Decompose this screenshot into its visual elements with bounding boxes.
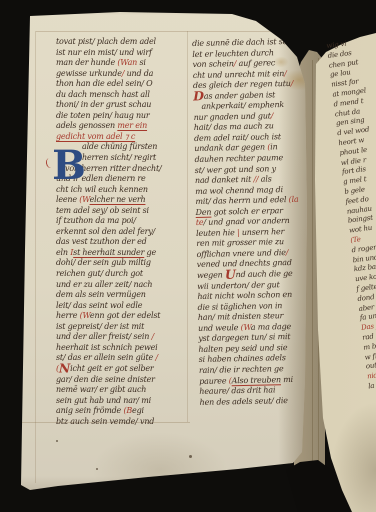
text-segment: leit/ das seint wol edle xyxy=(56,301,142,310)
manuscript-line: ist nur ein mist/ und wirf xyxy=(56,48,190,59)
manuscript-line: herre (Wenn got der edelst xyxy=(56,311,190,322)
manuscript-line: eln Ist heerhait sunder ge xyxy=(56,248,190,259)
manuscript-line: adels genossen mer ein xyxy=(56,121,190,132)
text-segment: / xyxy=(291,79,294,88)
text-segment: thon han die edel sein/ O xyxy=(56,79,153,88)
text-segment: und weule xyxy=(198,323,241,333)
text-segment: tovat pist/ plach dem adel xyxy=(56,37,156,46)
text-segment: N xyxy=(59,360,70,375)
text-segment: auf gerec xyxy=(236,58,275,68)
manuscript-line: erkennt sol den adel fery/ xyxy=(56,227,190,238)
text-segment: (Wan xyxy=(117,58,137,67)
text-segment: des gleich der regen tutu xyxy=(193,79,291,90)
text-segment: a ma dage xyxy=(251,322,291,332)
text-segment: / xyxy=(271,111,274,120)
text-segment: f gelter xyxy=(356,282,376,293)
text-segment: egi xyxy=(132,406,144,415)
text-segment: thoni/ in der grust schau xyxy=(56,100,151,109)
text-segment: / xyxy=(284,69,287,78)
text-segment: als xyxy=(258,174,271,183)
text-segment: / xyxy=(149,332,154,341)
text-segment: icht geit er got selber xyxy=(70,364,153,373)
text-segment: dohi/ der sein gub miltig xyxy=(56,258,151,267)
text-segment: ist gepreist/ der ist mit xyxy=(56,322,144,331)
text-segment: elcher ne verh xyxy=(90,195,146,204)
text-column-2: die sunnē die dach ist sen/let er leucht… xyxy=(192,36,324,408)
text-segment: wegen xyxy=(197,270,225,280)
text-segment: (W xyxy=(79,195,89,204)
text-segment: dem als sein vermügen xyxy=(56,290,146,299)
text-segment: mit/ das herrn und edel xyxy=(195,195,288,206)
text-segment: reichen gut/ durch got xyxy=(56,269,143,278)
text-segment: st/ das er allein sein güte xyxy=(56,353,153,362)
illuminated-initial-B: B xyxy=(52,144,86,190)
text-segment: unsern her xyxy=(239,227,284,237)
manuscript-line: tovat pist/ plach dem adel xyxy=(56,37,190,48)
ink-speck xyxy=(96,468,98,470)
text-segment: alde chünig fürsten xyxy=(82,142,157,151)
text-segment: von schein xyxy=(192,59,233,69)
text-segment: (Te xyxy=(350,235,361,244)
text-segment: D xyxy=(193,88,204,103)
text-segment: ankperkait/ emphenk xyxy=(201,100,284,111)
text-segment: du dach mensch hast all xyxy=(56,90,150,99)
text-segment: nur gnaden und gut xyxy=(194,111,271,122)
manuscript-line: thon han die edel sein/ O xyxy=(56,79,190,90)
text-segment: Den xyxy=(196,207,212,216)
text-segment: wii underton/ der gut xyxy=(197,280,280,291)
text-segment: erkennt sol den adel fery/ xyxy=(56,227,155,236)
manuscript-line: leene (Welcher ne verh xyxy=(56,195,190,206)
text-segment: herre xyxy=(56,311,80,320)
manuscript-line: tem adel sey/ ob seint si xyxy=(56,206,190,217)
text-segment: leene xyxy=(56,195,79,204)
manuscript-line: gar/ den die seine dnister xyxy=(56,375,190,386)
manuscript-line: thoni/ in der grust schau xyxy=(56,100,190,111)
text-segment: (la xyxy=(289,195,299,204)
text-segment: und er zu aller zeit/ nach xyxy=(56,280,152,289)
text-segment: heaure/ das drit hai xyxy=(199,385,275,396)
manuscript-line: dohi/ der sein gub miltig xyxy=(56,258,190,269)
ruling-line-left xyxy=(35,31,36,483)
text-segment: dond fil xyxy=(357,292,376,303)
text-segment: / xyxy=(292,37,295,46)
text-segment: leuten hie xyxy=(196,228,237,238)
text-segment: let er leuchten durch xyxy=(192,48,274,59)
text-segment: si haben chaines adels xyxy=(199,354,286,365)
manuscript-line: st/ das er allein sein güte / xyxy=(56,353,190,364)
text-segment: gewisse urkunde xyxy=(56,69,122,78)
text-segment: und da xyxy=(124,69,153,78)
manuscript-line: und der aller freist/ sein / xyxy=(56,332,190,343)
manuscript-line: reichen gut/ durch got xyxy=(56,269,190,280)
text-segment: as ander gaben ist xyxy=(204,90,275,100)
text-segment: und der aller freist/ sein xyxy=(56,332,149,341)
text-segment: hen des adels seut/ die xyxy=(200,396,288,407)
text-segment: in xyxy=(270,143,277,152)
manuscript-line: die toten pein/ haug nur xyxy=(56,111,190,122)
text-segment: hait/ das ma auch zu xyxy=(194,122,274,133)
ruling-line-top xyxy=(36,31,302,32)
text-segment: ist nur ein mist/ und wirf xyxy=(56,48,152,57)
text-column-1: tovat pist/ plach dem adelist nur ein mi… xyxy=(56,37,190,427)
text-segment: if tzuthon da ma poi/ xyxy=(56,216,136,225)
text-segment: st heerhait sunder xyxy=(73,248,144,257)
text-segment: (W xyxy=(241,323,251,332)
text-segment: (B xyxy=(123,406,132,415)
text-segment: tem adel sey/ ob seint si xyxy=(56,206,149,215)
text-segment: vened und dnechts gnad xyxy=(197,258,292,269)
pencil-foliation-note: 24 xyxy=(13,11,26,22)
text-segment: mi xyxy=(281,374,293,383)
text-segment: out nt xyxy=(365,360,376,370)
manuscript-line: man der hunde (Wan si xyxy=(56,58,190,69)
text-segment: yst dargegen tun/ si mit xyxy=(198,332,290,343)
text-segment: gar/ den die seine dnister xyxy=(56,375,155,384)
manuscript-line: gewisse urkunde/ und da xyxy=(56,69,190,80)
text-segment: got solch er erpar xyxy=(211,206,283,216)
text-segment: pauree xyxy=(199,376,229,386)
text-segment: herren sicht/ regirt xyxy=(82,153,156,162)
text-segment: ge lou xyxy=(330,69,351,79)
text-segment: adels genossen xyxy=(56,121,117,130)
text-segment: halten pey seid und sie xyxy=(198,343,287,354)
text-segment: heerhait ist schnich pewei xyxy=(56,343,158,352)
text-segment: / und gnad vor andern xyxy=(203,216,289,227)
text-segment: gedicht vom adel ⁊ c xyxy=(56,132,135,141)
manuscript-line: anig sein frömde (Begi xyxy=(56,406,190,417)
text-segment: dem adel rait/ ouch ist xyxy=(194,132,281,143)
text-segment: rain/ die ir rechten ge xyxy=(199,364,284,375)
manuscript-line: dem als sein vermügen xyxy=(56,290,190,301)
text-segment: U xyxy=(225,267,236,282)
text-segment: han/ mit dnisten steur xyxy=(198,311,284,322)
text-segment: eln xyxy=(56,248,70,257)
text-segment: mer ein xyxy=(117,121,147,130)
manuscript-line: if tzuthon da ma poi/ xyxy=(56,216,190,227)
text-segment: ma wol chennd mag di xyxy=(195,185,283,196)
manuscript-line: btz auch sein vemde/ vnd xyxy=(56,417,190,428)
manuscript-line: (Nicht geit er got selber xyxy=(56,364,190,375)
text-segment: nad danket nit xyxy=(195,175,254,185)
manuscript-line: sein gut hab und nar/ mi xyxy=(56,396,190,407)
leaf-edge-line xyxy=(312,60,313,470)
text-segment: dauhen rechter paume xyxy=(194,153,283,164)
text-segment: nemē war/ er gibt auch xyxy=(56,385,146,394)
text-segment: anig sein frömde xyxy=(56,406,123,415)
text-segment: nid we xyxy=(367,370,376,381)
text-segment: te xyxy=(196,218,204,227)
text-segment: ren mit grosser mie zu xyxy=(196,238,284,249)
text-segment: wot hu xyxy=(349,224,373,235)
manuscript-line: das vest tzuthon der ed xyxy=(56,237,190,248)
text-segment: Das fi xyxy=(361,322,376,332)
text-segment: btz auch sein vemde/ vnd xyxy=(56,417,154,426)
text-segment: cht und unrecht mit ein xyxy=(193,69,285,80)
manuscript-line: gedicht vom adel ⁊ c xyxy=(56,132,190,143)
text-segment: si xyxy=(137,58,146,67)
text-segment: die si täglichen von in xyxy=(198,301,283,312)
text-segment: st/ wer got und son y xyxy=(195,164,276,175)
text-segment: / xyxy=(286,248,289,257)
text-segment: b gele xyxy=(344,185,365,195)
text-segment: hait nicht woln schon en xyxy=(197,290,292,301)
text-segment: enn got der edelst xyxy=(90,311,160,320)
text-segment: Also treuben xyxy=(231,375,281,385)
text-segment: undank dar gegen xyxy=(194,143,267,154)
text-segment: ge xyxy=(144,248,156,257)
manuscript-line: du dach mensch hast all xyxy=(56,90,190,101)
manuscript-line: heerhait ist schnich pewei xyxy=(56,343,190,354)
text-segment: das vest tzuthon der ed xyxy=(56,237,147,246)
text-segment: wig vi xyxy=(326,40,347,50)
text-segment: / xyxy=(153,353,158,362)
manuscript-photo: 24 tovat pist/ plach dem adelist nur ein… xyxy=(0,0,376,512)
text-segment: (W xyxy=(80,311,90,320)
ink-speck xyxy=(189,455,192,458)
manuscript-line: nemē war/ er gibt auch xyxy=(56,385,190,396)
text-segment: offlichan vnere und die xyxy=(196,248,285,259)
text-segment: nd auch die ge xyxy=(235,269,292,279)
manuscript-line: leit/ das seint wol edle xyxy=(56,301,190,312)
text-segment: man der hunde xyxy=(56,58,117,67)
text-segment: die toten pein/ haug nur xyxy=(56,111,150,120)
text-segment: die sunnē die dach ist sen xyxy=(192,37,292,48)
manuscript-line: und er zu aller zeit/ nach xyxy=(56,280,190,291)
manuscript-line: ist gepreist/ der ist mit xyxy=(56,322,190,333)
ink-speck xyxy=(56,440,58,442)
text-segment: sein gut hab und nar/ mi xyxy=(56,396,151,405)
